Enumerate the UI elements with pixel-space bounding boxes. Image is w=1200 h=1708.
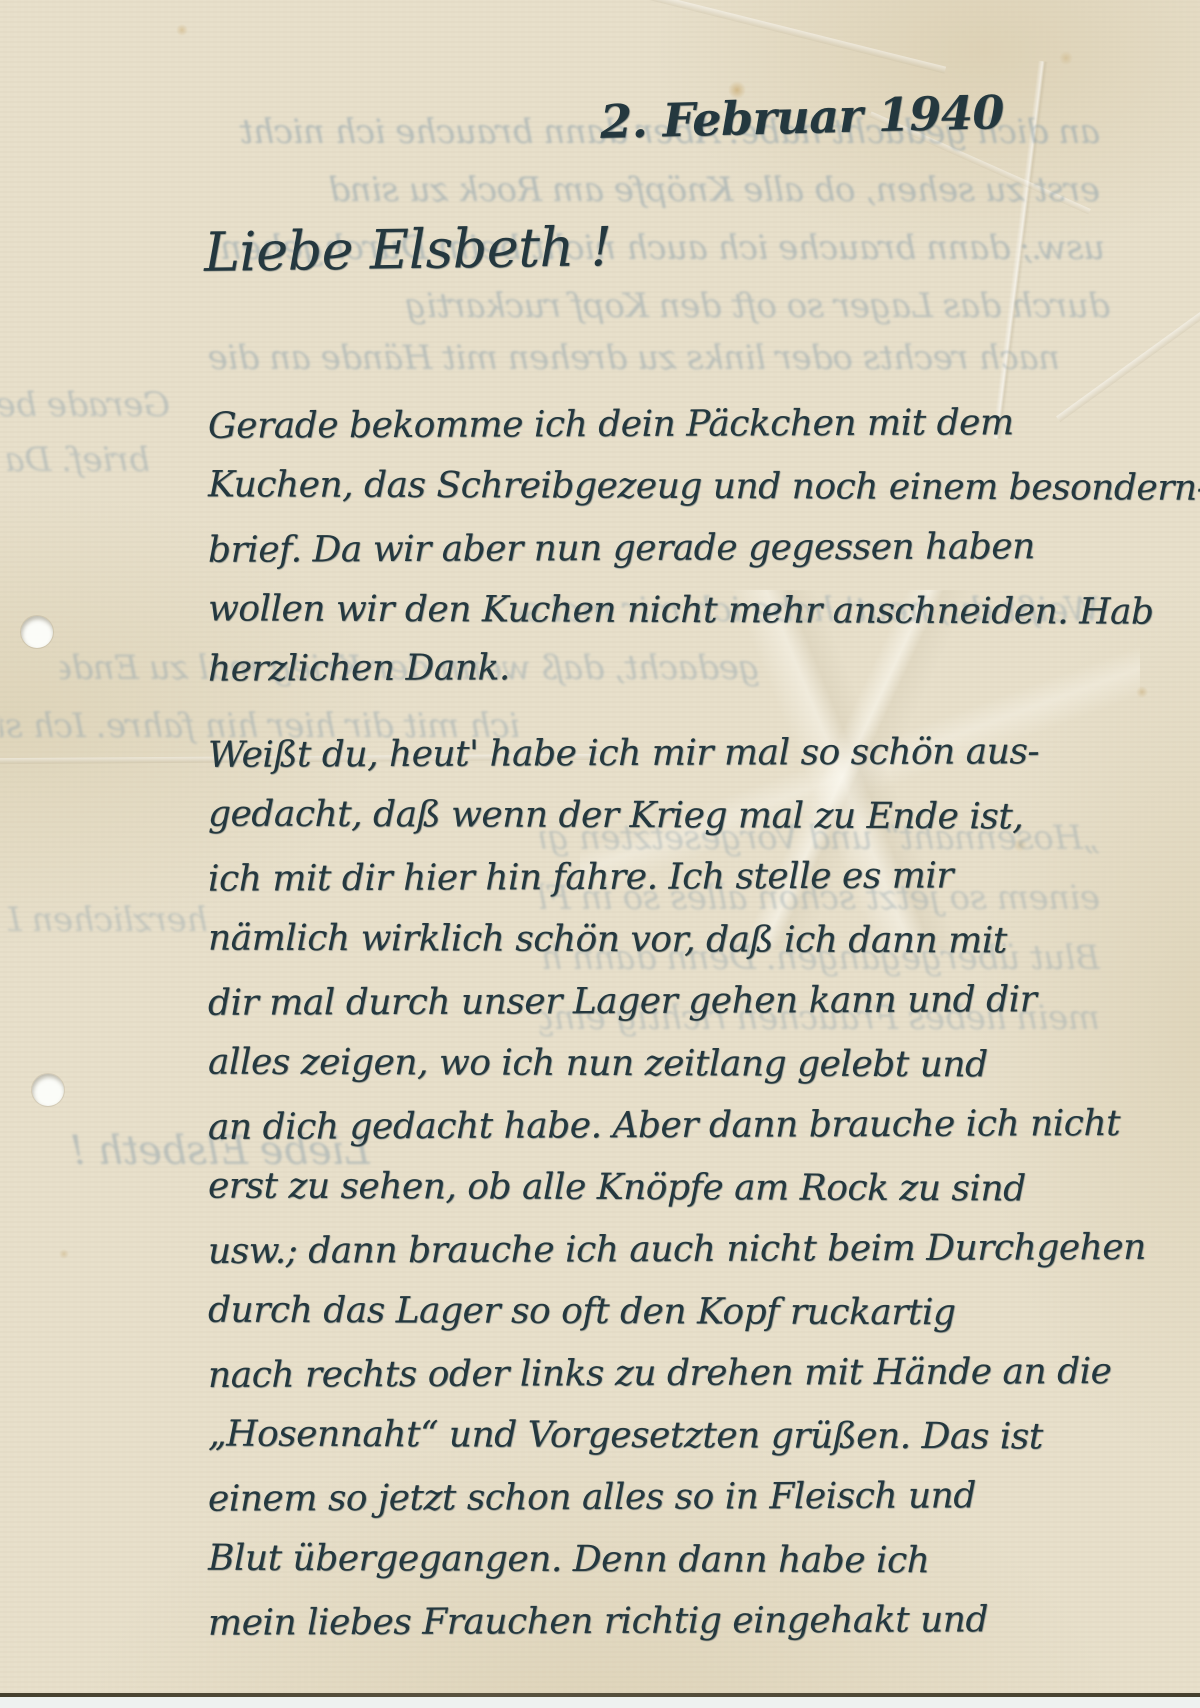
bleed-through-line: durch das Lager so oft den Kopf ruckarti… [200,286,1110,326]
crease [634,0,946,74]
punch-hole [21,616,53,648]
letter-line: „Hosennaht“ und Vorgesetzten grüßen. Das… [208,1414,1043,1458]
letter-line: einem so jetzt schon alles so in Fleisch… [208,1475,976,1519]
letter-page: an dich gedacht habe. Aber dann brauche … [0,0,1200,1708]
letter-line: usw.; dann brauche ich auch nicht beim D… [208,1227,1146,1272]
bleed-through-line: nach rechts oder links zu drehen mit Hän… [180,338,1060,378]
letter-line: Kuchen, das Schreibgezeug und noch einem… [208,464,1200,508]
letter-line: herzlichen Dank. [208,647,510,689]
salutation: Liebe Elsbeth ! [204,215,612,284]
bleed-through-line: Gerade bekomme ich dein Päckchen mit dem [0,385,170,425]
date-line: 2. Februar 1940 [599,85,1004,149]
letter-line: nach rechts oder links zu drehen mit Hän… [208,1351,1112,1396]
letter-line: erst zu sehen, ob alle Knöpfe am Rock zu… [208,1166,1026,1210]
scanner-background-strip [0,1697,1200,1708]
letter-line: mein liebes Frauchen richtig eingehakt u… [208,1599,988,1643]
letter-line: an dich gedacht habe. Aber dann brauche … [208,1103,1120,1148]
letter-line: brief. Da wir aber nun gerade gegessen h… [208,526,1035,571]
letter-line: ich mit dir hier hin fahre. Ich stelle e… [208,855,953,899]
letter-line: gedacht, daß wenn der Krieg mal zu Ende … [208,794,1023,838]
letter-line: durch das Lager so oft den Kopf ruckarti… [208,1290,956,1334]
bleed-through-line: erst zu sehen, ob alle Knöpfe am Rock zu… [200,170,1100,210]
letter-line: Blut übergegangen. Denn dann habe ich [208,1538,930,1582]
letter-line: dir mal durch unser Lager gehen kann und… [208,979,1037,1024]
letter-line: alles zeigen, wo ich nun zeitlang gelebt… [208,1042,988,1086]
letter-line: Weißt du, heut' habe ich mir mal so schö… [208,731,1039,776]
letter-line: nämlich wirklich schön vor, daß ich dann… [208,918,1007,962]
letter-line: Gerade bekomme ich dein Päckchen mit dem [208,402,1014,447]
bleed-through-line: brief. Da wir aber nun gerade gegessen h… [0,440,150,480]
letter-line: wollen wir den Kuchen nicht mehr anschne… [208,588,1154,632]
bleed-through-line: herzlichen Dank. [8,900,208,940]
punch-hole [32,1074,64,1106]
